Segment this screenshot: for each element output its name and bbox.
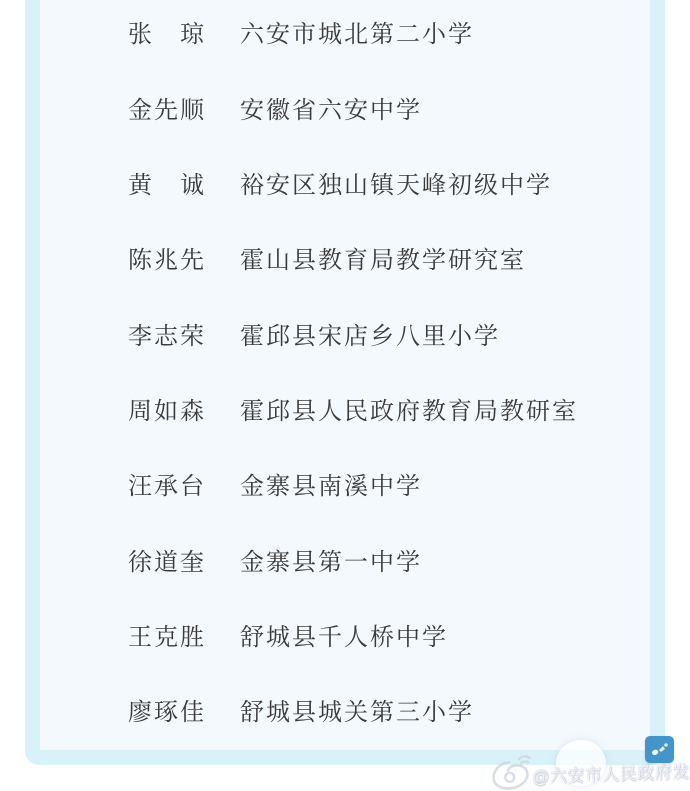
roster-list: 张 琼 六安市城北第二小学 金先顺 安徽省六安中学 黄 诚 裕安区独山镇天峰初级… (128, 0, 648, 747)
teacher-name: 张 琼 (128, 14, 204, 49)
teacher-name: 金先顺 (128, 90, 204, 125)
teacher-name: 周如森 (128, 391, 204, 426)
school-name: 霍邱县人民政府教育局教研室 (240, 391, 578, 426)
teacher-name: 廖琢佳 (128, 692, 204, 727)
list-item: 金先顺 安徽省六安中学 (128, 69, 648, 144)
school-name: 舒城县城关第三小学 (240, 692, 474, 727)
teacher-name: 王克胜 (128, 617, 204, 652)
school-name: 舒城县千人桥中学 (240, 617, 448, 652)
teacher-name: 徐道奎 (128, 542, 204, 577)
school-name: 六安市城北第二小学 (240, 14, 474, 49)
list-item: 张 琼 六安市城北第二小学 (128, 0, 648, 69)
list-item: 汪承台 金寨县南溪中学 (128, 446, 648, 521)
school-name: 霍邱县宋店乡八里小学 (240, 316, 500, 351)
school-name: 金寨县第一中学 (240, 542, 422, 577)
teacher-name: 陈兆先 (128, 240, 204, 275)
school-name: 裕安区独山镇天峰初级中学 (240, 165, 552, 200)
teacher-name: 汪承台 (128, 466, 204, 501)
teacher-name: 黄 诚 (128, 165, 204, 200)
account-badge-icon (645, 736, 674, 763)
list-item: 陈兆先 霍山县教育局教学研究室 (128, 220, 648, 295)
school-name: 金寨县南溪中学 (240, 466, 422, 501)
teacher-name: 李志荣 (128, 316, 204, 351)
list-item: 王克胜 舒城县千人桥中学 (128, 597, 648, 672)
list-item: 黄 诚 裕安区独山镇天峰初级中学 (128, 145, 648, 220)
list-item: 徐道奎 金寨县第一中学 (128, 521, 648, 596)
list-item: 周如森 霍邱县人民政府教育局教研室 (128, 371, 648, 446)
school-name: 霍山县教育局教学研究室 (240, 240, 526, 275)
school-name: 安徽省六安中学 (240, 90, 422, 125)
page: { "colors": { "page_bg": "#ffffff", "fra… (0, 0, 690, 791)
weibo-eye-icon (488, 750, 536, 791)
list-item: 廖琢佳 舒城县城关第三小学 (128, 672, 648, 747)
list-item: 李志荣 霍邱县宋店乡八里小学 (128, 295, 648, 370)
